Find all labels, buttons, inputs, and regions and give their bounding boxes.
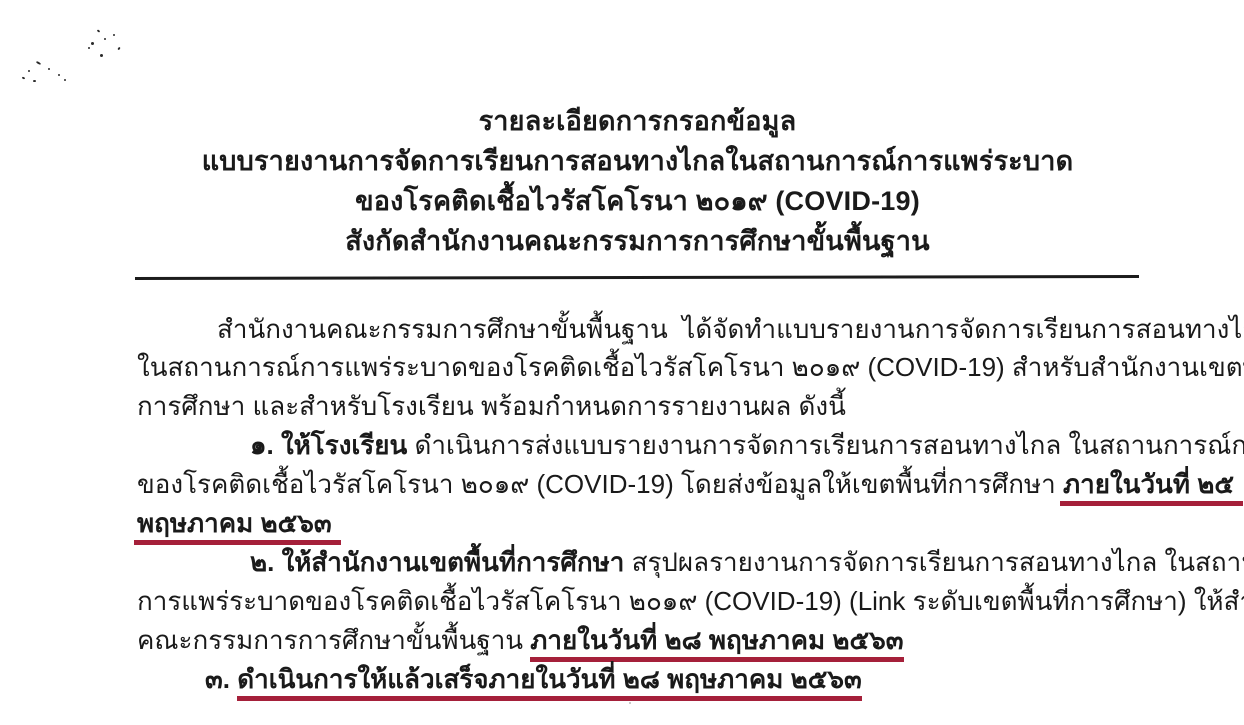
document-body: สำนักงานคณะกรรมการศึกษาขั้นพื้นฐาน ได้จั… bbox=[137, 310, 1138, 699]
scan-speckle bbox=[88, 47, 90, 49]
scan-speckle bbox=[629, 702, 631, 704]
scan-speckle bbox=[104, 38, 106, 40]
item-2-lead: ๒. ให้สำนักงานเขตพื้นที่การศึกษา bbox=[250, 547, 624, 577]
title-divider-rule bbox=[135, 275, 1139, 280]
item-1-deadline-part-1-underlined: ภายในวันที่ ๒๕ bbox=[1060, 469, 1243, 506]
item-1-line-2-text: ของโรคติดเชื้อไวรัสโคโรนา ๒๐๑๙ (COVID-19… bbox=[137, 469, 1063, 499]
item-1-line-1: ๑. ให้โรงเรียน ดำเนินการส่งแบบรายงานการจ… bbox=[137, 426, 1138, 465]
scan-speckle bbox=[97, 29, 101, 32]
scan-speckle bbox=[117, 47, 120, 51]
intro-line-2: ในสถานการณ์การแพร่ระบาดของโรคติดเชื้อไวร… bbox=[137, 348, 1138, 387]
scan-speckle bbox=[28, 70, 30, 72]
intro-line-3: การศึกษา และสำหรับโรงเรียน พร้อมกำหนดการ… bbox=[137, 387, 1138, 426]
item-3-line: ๓. ดำเนินการให้แล้วเสร็จภายในวันที่ ๒๘ พ… bbox=[137, 660, 1138, 699]
scan-speckle bbox=[58, 74, 60, 76]
item-2-line-1: ๒. ให้สำนักงานเขตพื้นที่การศึกษา สรุปผลร… bbox=[137, 543, 1138, 582]
scan-speckle bbox=[100, 54, 103, 57]
title-line-3: ของโรคติดเชื้อไวรัสโคโรนา ๒๐๑๙ (COVID-19… bbox=[137, 181, 1138, 221]
item-1-deadline-part-2-underlined: พฤษภาคม ๒๕๖๓ bbox=[134, 508, 341, 545]
scan-speckle bbox=[113, 34, 115, 36]
item-3-deadline-underlined: ดำเนินการให้แล้วเสร็จภายในวันที่ ๒๘ พฤษภ… bbox=[237, 664, 862, 701]
item-2-line-2: การแพร่ระบาดของโรคติดเชื้อไวรัสโคโรนา ๒๐… bbox=[137, 582, 1138, 621]
item-3-number: ๓. bbox=[205, 664, 237, 694]
item-2-deadline-underlined: ภายในวันที่ ๒๘ พฤษภาคม ๒๕๖๓ bbox=[530, 625, 903, 662]
item-2-line-3-text: คณะกรรมการการศึกษาขั้นพื้นฐาน bbox=[137, 625, 530, 655]
item-1-line-3: พฤษภาคม ๒๕๖๓ bbox=[137, 504, 1138, 543]
scan-speckle bbox=[36, 61, 41, 65]
item-1-line-1-text: ดำเนินการส่งแบบรายงานการจัดการเรียนการสอ… bbox=[407, 430, 1244, 460]
title-line-1: รายละเอียดการกรอกข้อมูล bbox=[137, 101, 1138, 141]
scan-speckle bbox=[91, 42, 94, 45]
scan-speckle bbox=[48, 68, 50, 70]
scan-speckle bbox=[64, 79, 66, 81]
item-2-line-1-text: สรุปผลรายงานการจัดการเรียนการสอนทางไกล ใ… bbox=[624, 547, 1244, 577]
item-1-line-2: ของโรคติดเชื้อไวรัสโคโรนา ๒๐๑๙ (COVID-19… bbox=[137, 465, 1138, 504]
title-line-4: สังกัดสำนักงานคณะกรรมการการศึกษาขั้นพื้น… bbox=[137, 221, 1138, 261]
document-content: รายละเอียดการกรอกข้อมูล แบบรายงานการจัดก… bbox=[137, 0, 1138, 699]
intro-line-1: สำนักงานคณะกรรมการศึกษาขั้นพื้นฐาน ได้จั… bbox=[137, 310, 1138, 349]
scan-speckle bbox=[33, 80, 36, 82]
title-line-2: แบบรายงานการจัดการเรียนการสอนทางไกลในสถา… bbox=[137, 141, 1138, 181]
item-1-lead: ๑. ให้โรงเรียน bbox=[250, 430, 407, 460]
scanned-document-page: รายละเอียดการกรอกข้อมูล แบบรายงานการจัดก… bbox=[0, 0, 1244, 725]
item-2-line-3: คณะกรรมการการศึกษาขั้นพื้นฐาน ภายในวันที… bbox=[137, 621, 1138, 660]
scan-speckle bbox=[22, 76, 26, 79]
document-title: รายละเอียดการกรอกข้อมูล แบบรายงานการจัดก… bbox=[137, 0, 1138, 261]
